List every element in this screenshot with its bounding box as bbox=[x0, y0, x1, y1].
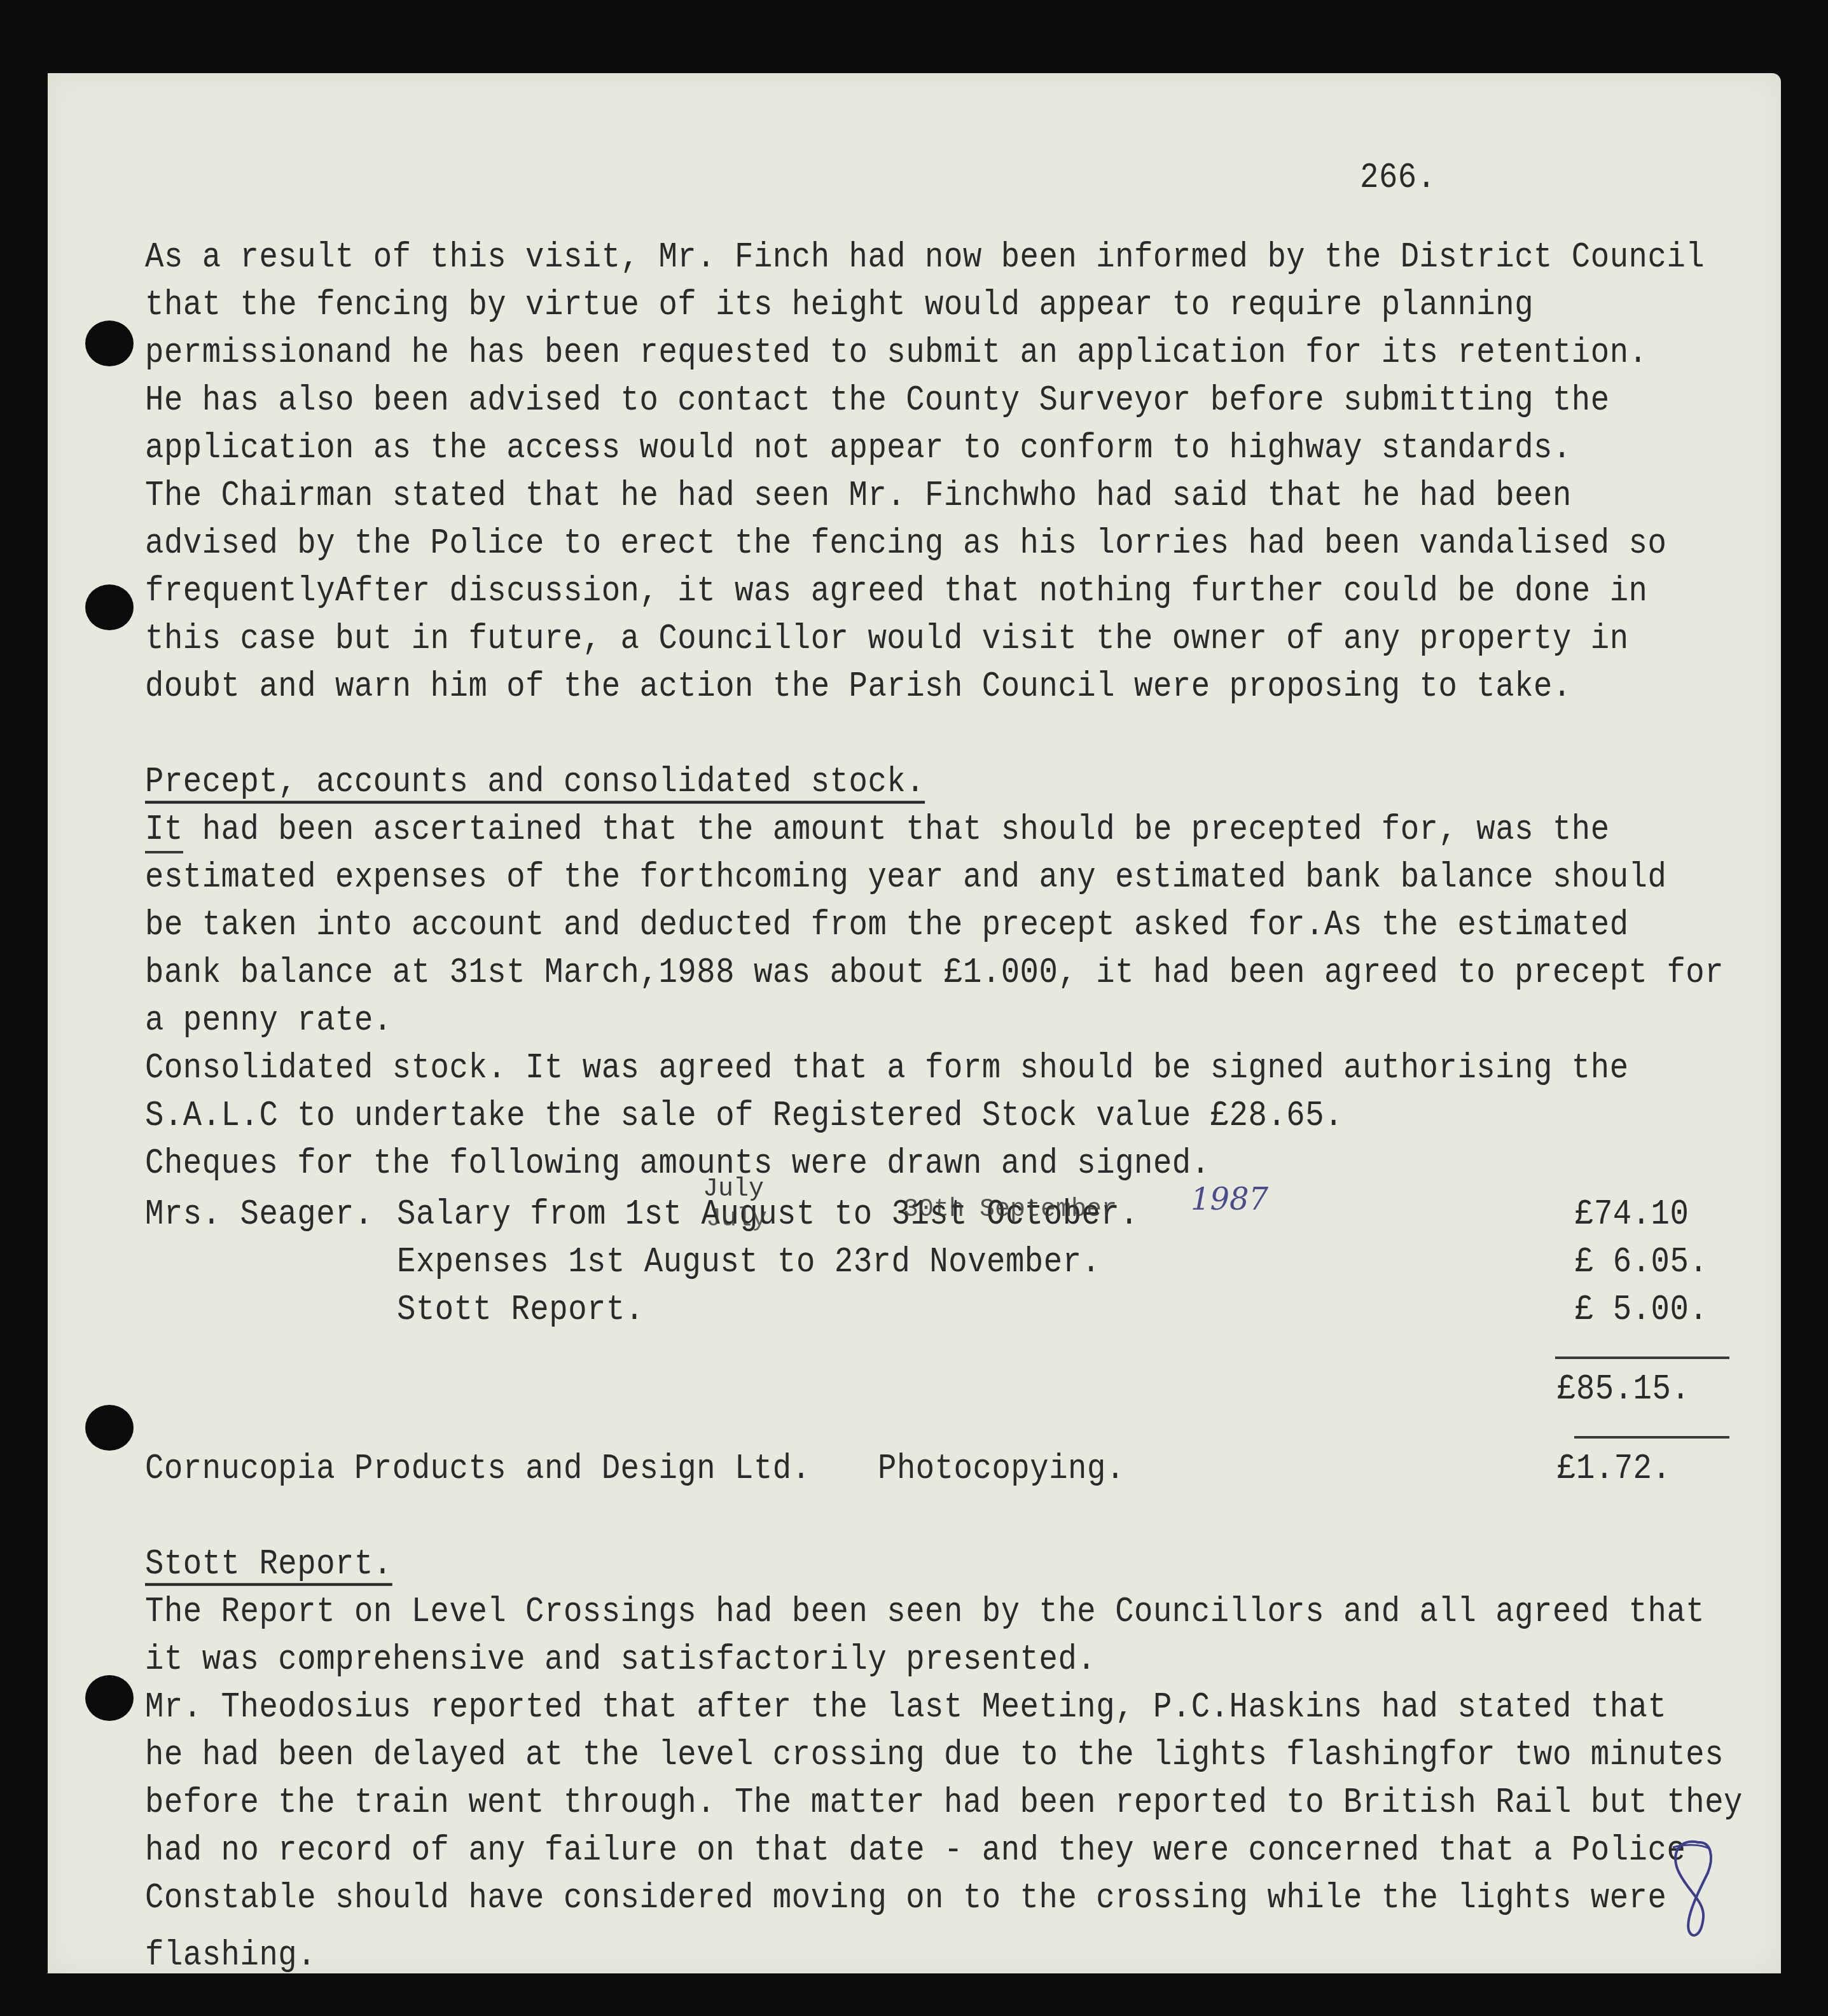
handwritten-year: 1987 bbox=[1191, 1182, 1268, 1217]
underline-it bbox=[145, 851, 183, 853]
subtotal-rule bbox=[1555, 1357, 1729, 1359]
section-heading-precept: Precept, accounts and consolidated stock… bbox=[145, 764, 925, 799]
correction-overtype: July bbox=[706, 1205, 767, 1234]
payment-payee: Cornucopia Products and Design Ltd. bbox=[145, 1451, 811, 1486]
paragraph-line: before the train went through. The matte… bbox=[145, 1785, 1743, 1820]
correction-date: 30th September bbox=[903, 1196, 1117, 1224]
paragraph-line: The Report on Level Crossings had been s… bbox=[145, 1594, 1705, 1629]
page-number: 266. bbox=[1360, 160, 1436, 195]
paragraph-line: Cheques for the following amounts were d… bbox=[145, 1146, 1210, 1181]
paragraph-line: flashing. bbox=[145, 1938, 316, 1973]
correction-above: July bbox=[703, 1175, 764, 1204]
paragraph-line: Constable should have considered moving … bbox=[145, 1881, 1666, 1916]
cheque-payee: Mrs. Seager. bbox=[145, 1197, 373, 1232]
cheque-amount: £ 5.00. bbox=[1575, 1292, 1708, 1327]
paragraph-line: be taken into account and deducted from … bbox=[145, 908, 1629, 942]
paragraph-line: As a result of this visit, Mr. Finch had… bbox=[145, 240, 1705, 275]
payment-description: Photocopying. bbox=[878, 1451, 1125, 1486]
paragraph-line: had no record of any failure on that dat… bbox=[145, 1833, 1686, 1868]
cheque-description: Expenses 1st August to 23rd November. bbox=[397, 1245, 1100, 1280]
paragraph-line: a penny rate. bbox=[145, 1003, 392, 1038]
paragraph-line: application as the access would not appe… bbox=[145, 431, 1572, 466]
paragraph-line: He has also been advised to contact the … bbox=[145, 383, 1610, 418]
punch-hole-3 bbox=[85, 1405, 134, 1451]
cheque-description: Stott Report. bbox=[397, 1292, 644, 1327]
paragraph-line: this case but in future, a Councillor wo… bbox=[145, 621, 1629, 656]
payment-amount: £1.72. bbox=[1557, 1451, 1671, 1486]
cheque-amount: £ 6.05. bbox=[1575, 1245, 1708, 1280]
paragraph-line: it was comprehensive and satisfactorily … bbox=[145, 1642, 1096, 1677]
paragraph-line: he had been delayed at the level crossin… bbox=[145, 1737, 1724, 1772]
paragraph-line: that the fencing by virtue of its height… bbox=[145, 287, 1534, 322]
paragraph-line: The Chairman stated that he had seen Mr.… bbox=[145, 478, 1572, 513]
handwritten-initials bbox=[1654, 1835, 1724, 1949]
punch-hole-2 bbox=[85, 584, 134, 630]
paragraph-line: S.A.L.C to undertake the sale of Registe… bbox=[145, 1098, 1343, 1133]
paragraph-line: Mr. Theodosius reported that after the l… bbox=[145, 1690, 1666, 1725]
paragraph-line: doubt and warn him of the action the Par… bbox=[145, 669, 1572, 704]
cheque-amount: £74.10 bbox=[1575, 1197, 1689, 1232]
paragraph-line: estimated expenses of the forthcoming ye… bbox=[145, 860, 1666, 895]
section-heading-stott: Stott Report. bbox=[145, 1547, 392, 1582]
paragraph-line: It had been ascertained that the amount … bbox=[145, 812, 1610, 847]
paragraph-line: bank balance at 31st March,1988 was abou… bbox=[145, 955, 1724, 990]
separator-rule bbox=[1574, 1436, 1729, 1439]
paragraph-line: permissionand he has been requested to s… bbox=[145, 335, 1647, 370]
punch-hole-1 bbox=[85, 321, 134, 366]
paragraph-line: advised by the Police to erect the fenci… bbox=[145, 526, 1666, 561]
paragraph-line: frequentlyAfter discussion, it was agree… bbox=[145, 574, 1647, 609]
paragraph-line: Consolidated stock. It was agreed that a… bbox=[145, 1051, 1629, 1086]
subtotal-amount: £85.15. bbox=[1557, 1372, 1690, 1407]
punch-hole-4 bbox=[85, 1675, 134, 1721]
